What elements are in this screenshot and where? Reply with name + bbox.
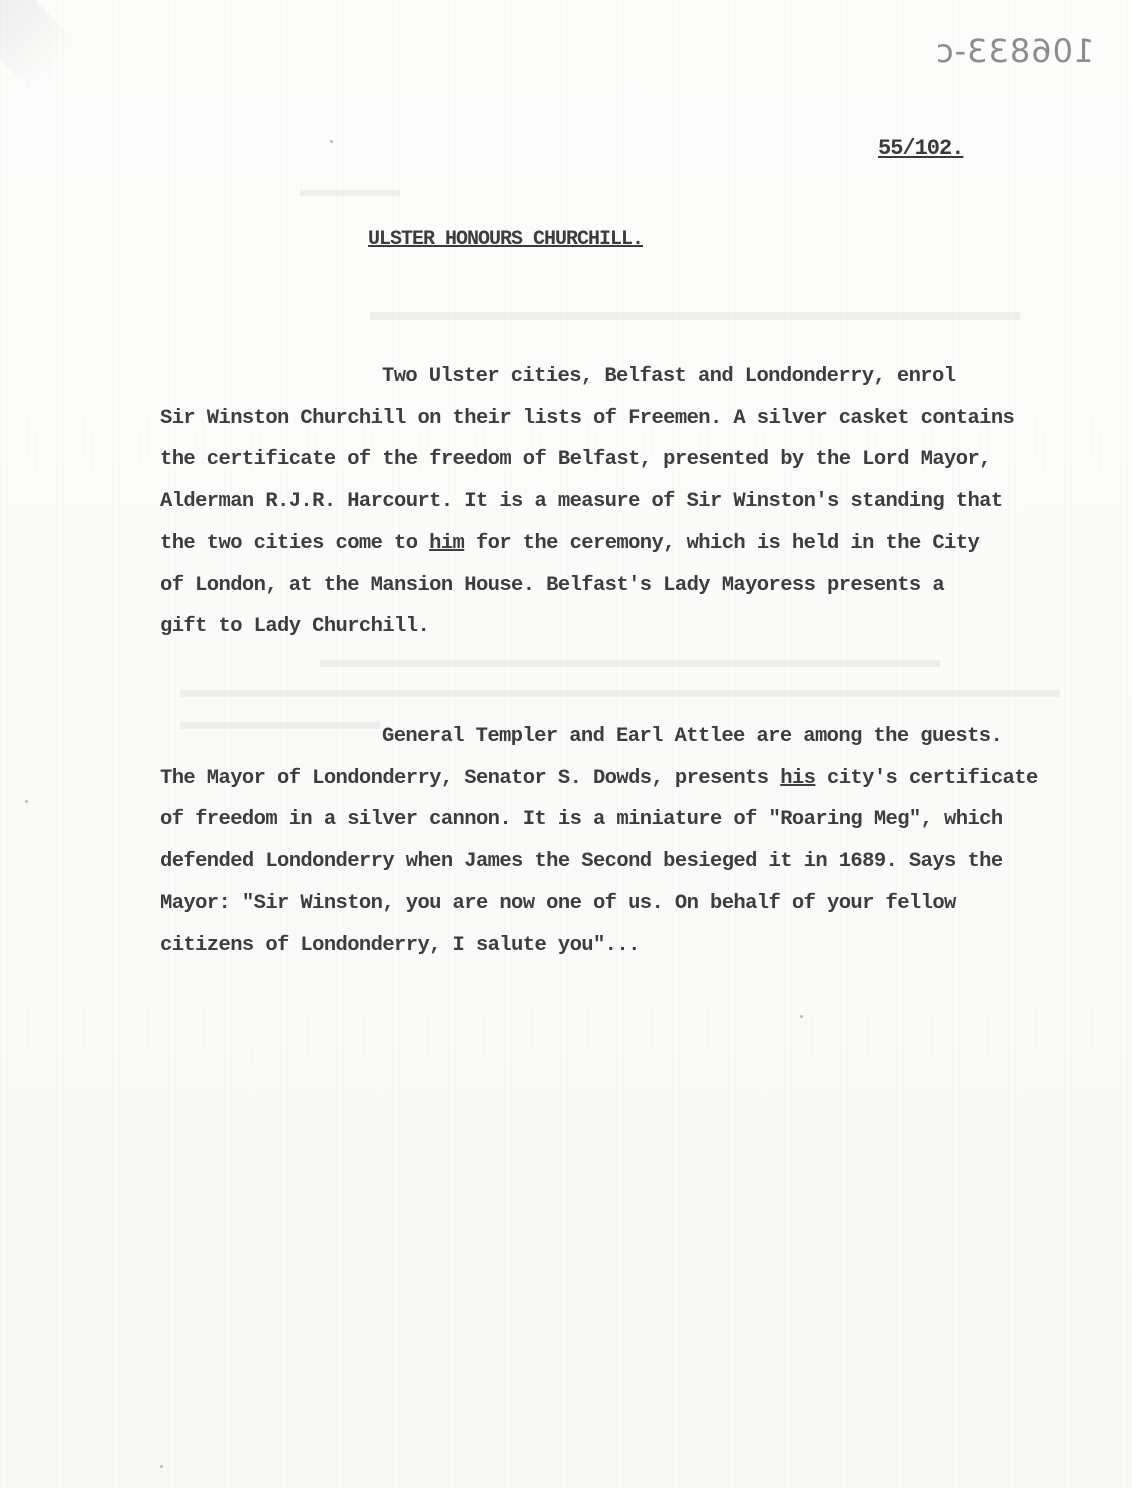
underlined-word: his xyxy=(780,767,815,790)
paper-speck xyxy=(160,1465,163,1468)
bleed-through-mark xyxy=(300,190,400,196)
text-line: of freedom in a silver cannon. It is a m… xyxy=(160,799,1100,841)
folded-corner xyxy=(0,0,110,110)
text-line: Sir Winston Churchill on their lists of … xyxy=(160,398,1100,440)
archive-number-handwritten: 106833-c xyxy=(935,32,1094,70)
document-page: 106833-c 55/102. ULSTER HONOURS CHURCHIL… xyxy=(0,0,1132,1488)
bleed-through-mark xyxy=(320,660,940,667)
text-line: the certificate of the freedom of Belfas… xyxy=(160,439,1100,481)
text-line: the two cities come to him for the cerem… xyxy=(160,523,1100,565)
paper-speck xyxy=(25,800,28,803)
bleed-through-mark xyxy=(370,312,1020,320)
paragraph-2: General Templer and Earl Attlee are amon… xyxy=(160,716,1100,966)
document-title: ULSTER HONOURS CHURCHILL. xyxy=(368,228,643,251)
text-line: of London, at the Mansion House. Belfast… xyxy=(160,565,1100,607)
text-line: citizens of Londonderry, I salute you"..… xyxy=(160,925,1100,967)
text-line: defended Londonderry when James the Seco… xyxy=(160,841,1100,883)
paper-speck xyxy=(330,140,333,143)
text-line: gift to Lady Churchill. xyxy=(160,606,1100,648)
underlined-word: him xyxy=(429,532,464,555)
bleed-through-mark xyxy=(180,690,1060,697)
paragraph-1: Two Ulster cities, Belfast and Londonder… xyxy=(160,356,1100,648)
paper-speck xyxy=(800,1015,803,1018)
text-line: Mayor: "Sir Winston, you are now one of … xyxy=(160,883,1100,925)
reference-number: 55/102. xyxy=(878,136,963,161)
text-line: The Mayor of Londonderry, Senator S. Dow… xyxy=(160,758,1100,800)
text-line: Alderman R.J.R. Harcourt. It is a measur… xyxy=(160,481,1100,523)
text-line: Two Ulster cities, Belfast and Londonder… xyxy=(160,356,1100,398)
text-line: General Templer and Earl Attlee are amon… xyxy=(160,716,1100,758)
